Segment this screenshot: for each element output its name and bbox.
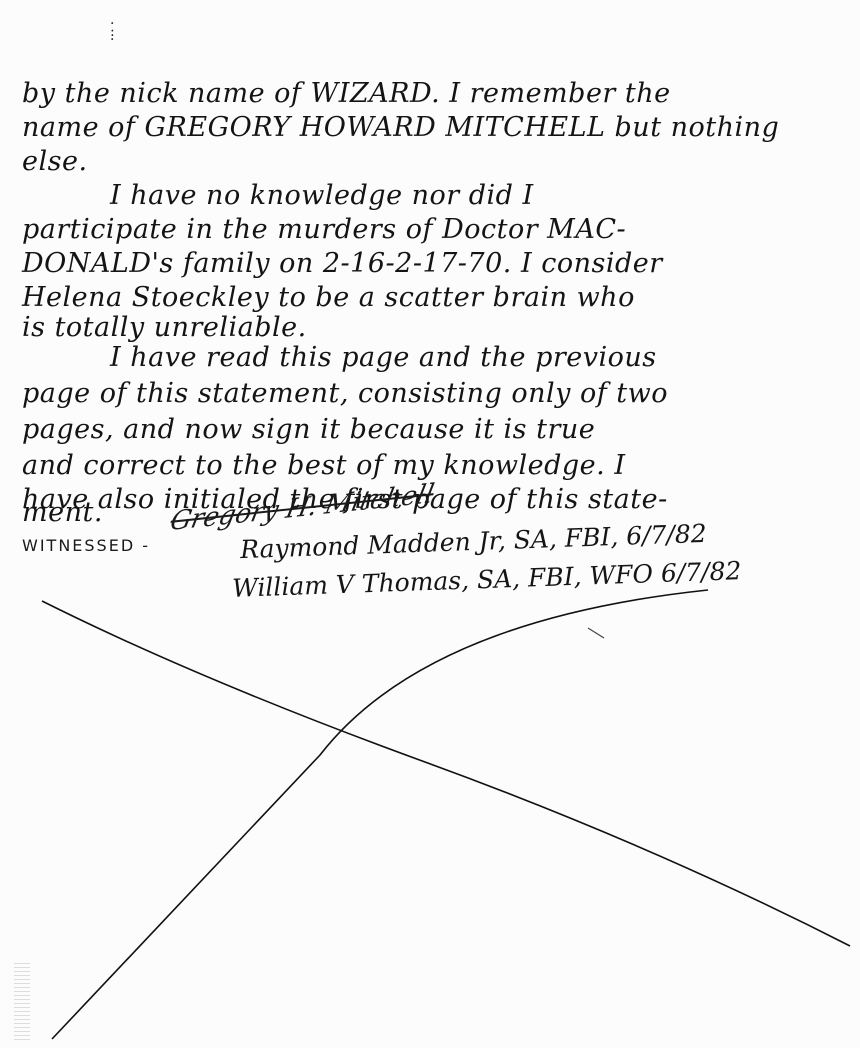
document-page: ·:· by the nick name of WIZARD. I rememb… — [0, 0, 860, 1048]
scan-edge-noise — [14, 960, 30, 1040]
cross-out-mark — [0, 0, 860, 1048]
